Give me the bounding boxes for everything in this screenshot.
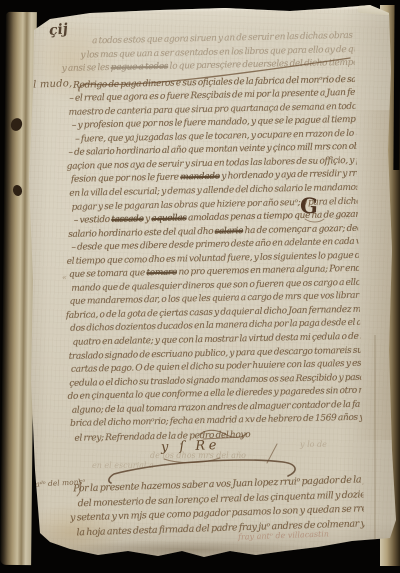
struck-text: tomare	[146, 268, 177, 279]
royal-signature: y ſ Re	[161, 438, 220, 455]
struck-text: tassado	[111, 214, 144, 225]
manuscript-page: çij el mudo, el pagaᵈᵒ del monsᵒ a todos…	[0, 0, 400, 573]
manuscript-photo: çij el mudo, el pagaᵈᵒ del monsᵒ a todos…	[0, 0, 400, 573]
struck-text: aquellas	[151, 213, 186, 224]
background-gap	[393, 0, 400, 170]
capital-g-annotation: G	[299, 193, 318, 219]
struck-text: salario	[215, 226, 244, 237]
page-stack-left-edge	[0, 12, 37, 565]
struck-text: mandado	[180, 172, 220, 183]
main-text-block: a todos estos que agora siruen y an de s…	[58, 30, 363, 447]
closing-paragraph: Por la presente hazemos saber a vos Juan…	[55, 473, 365, 541]
struck-text: pague a todos	[111, 62, 169, 73]
